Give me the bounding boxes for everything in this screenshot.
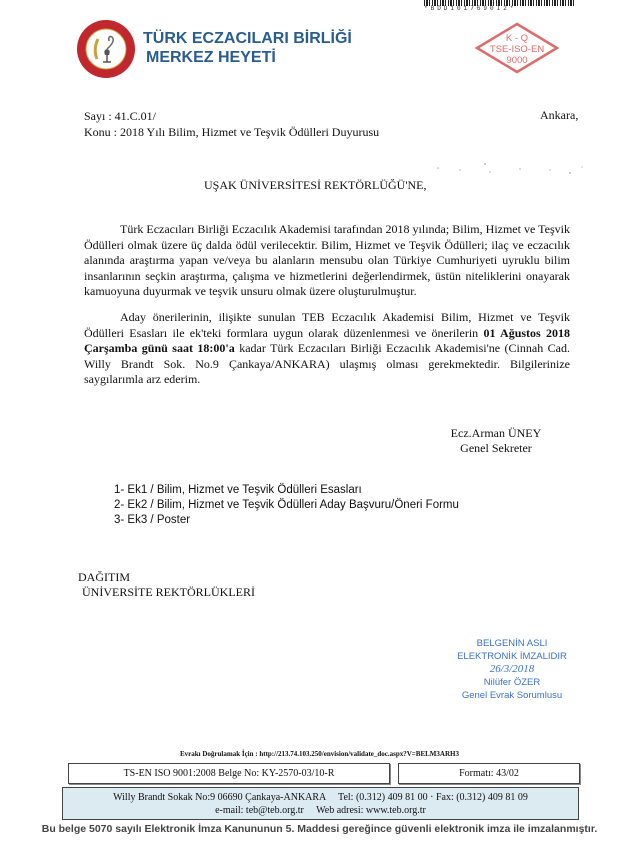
- authenticity-stamp: BELGENİN ASLI ELEKTRONİK İMZALIDIR 26/3/…: [446, 637, 578, 702]
- document-meta: Sayı : 41.C.01/ Konu : 2018 Yılı Bilim, …: [84, 108, 379, 140]
- barcode: *BDD1017690I2*: [424, 0, 574, 10]
- address-line: Willy Brandt Sokak No:9 06690 Çankaya-AN…: [63, 791, 578, 804]
- signature-block: Ecz.Arman ÜNEY Genel Sekreter: [426, 426, 566, 456]
- attachment-item: 2- Ek2 / Bilim, Hizmet ve Teşvik Ödüller…: [114, 498, 459, 513]
- attachments-list: 1- Ek1 / Bilim, Hizmet ve Teşvik Ödüller…: [114, 483, 459, 528]
- attachment-item: 1- Ek1 / Bilim, Hizmet ve Teşvik Ödüller…: [114, 483, 459, 498]
- e-signature-notice: Bu belge 5070 sayılı Elektronik İmza Kan…: [0, 823, 639, 835]
- stamp-line1: BELGENİN ASLI: [446, 637, 578, 650]
- barcode-text: *BDD1017690I2*: [424, 6, 574, 12]
- organization-name: TÜRK ECZACILARI BİRLİĞİ MERKEZ HEYETİ: [143, 29, 352, 67]
- document-subject: Konu : 2018 Yılı Bilim, Hizmet ve Teşvik…: [84, 124, 379, 140]
- certification-text: K - Q TSE-ISO-EN 9000: [475, 33, 559, 66]
- distribution: DAĞITIM ÜNİVERSİTE REKTÖRLÜKLERİ: [78, 570, 255, 600]
- body-paragraph-1: Türk Eczacıları Birliği Eczacılık Akadem…: [84, 222, 570, 300]
- verification-link[interactable]: Evrakı Doğrulamak İçin : http://213.74.1…: [0, 750, 639, 758]
- scan-noise: [430, 158, 590, 180]
- cert-line2: TSE-ISO-EN: [475, 44, 559, 55]
- stamp-role: Genel Evrak Sorumlusu: [446, 689, 578, 702]
- signer-name: Ecz.Arman ÜNEY: [426, 426, 566, 441]
- document-city: Ankara,: [540, 108, 578, 123]
- format-number: Formatı: 43/02: [398, 763, 580, 784]
- stamp-line2: ELEKTRONİK İMZALIDIR: [446, 650, 578, 663]
- iso-certificate: TS-EN ISO 9001:2008 Belge No: KY-2570-03…: [68, 763, 390, 784]
- body-paragraph-2: Aday önerilerinin, ilişikte sunulan TEB …: [84, 310, 570, 388]
- organization-name-line2: MERKEZ HEYETİ: [143, 48, 352, 67]
- distribution-label: DAĞITIM: [78, 570, 255, 585]
- stamp-name: Nilüfer ÖZER: [446, 676, 578, 689]
- distribution-value: ÜNİVERSİTE REKTÖRLÜKLERİ: [78, 585, 255, 600]
- cert-line1: K - Q: [475, 33, 559, 44]
- attachment-item: 3- Ek3 / Poster: [114, 513, 459, 528]
- recipient: UŞAK ÜNİVERSİTESİ REKTÖRLÜĞÜ'NE,: [204, 178, 427, 193]
- cert-line3: 9000: [475, 55, 559, 66]
- stamp-date: 26/3/2018: [446, 663, 578, 676]
- signer-title: Genel Sekreter: [426, 441, 566, 456]
- email-web-line: e-mail: teb@teb.org.tr Web adresi: www.t…: [63, 804, 578, 817]
- organization-name-line1: TÜRK ECZACILARI BİRLİĞİ: [143, 29, 352, 48]
- teb-logo-icon: [76, 19, 136, 79]
- contact-address: Willy Brandt Sokak No:9 06690 Çankaya-AN…: [62, 787, 579, 820]
- document-number: Sayı : 41.C.01/: [84, 108, 379, 124]
